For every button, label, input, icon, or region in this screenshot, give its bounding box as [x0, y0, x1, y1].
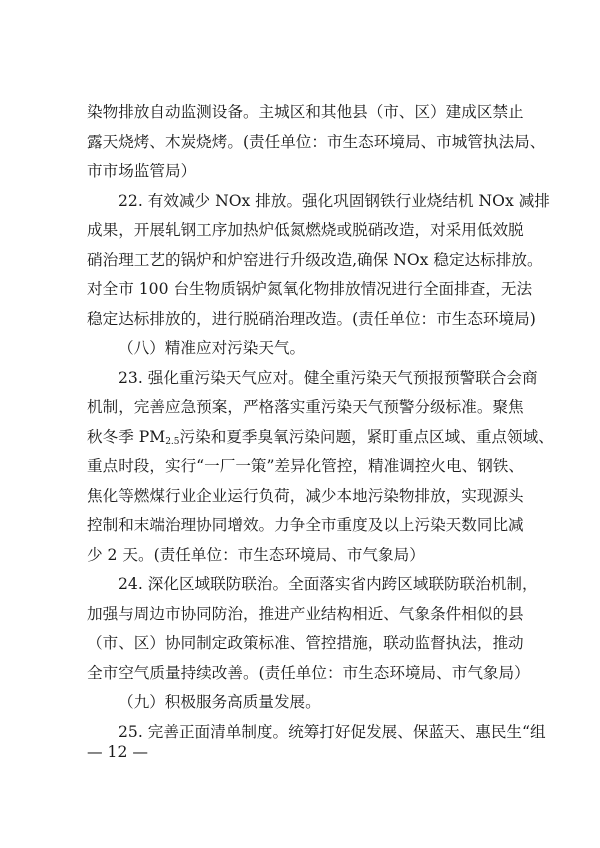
page-number: — 12 — — [87, 741, 148, 763]
text-line: 重点时段，实行“一厂一策”差异化管控，精准调控火电、钢铁、 — [87, 452, 515, 482]
text-line: 稳定达标排放的，进行脱硝治理改造。(责任单位：市生态环境局) — [87, 305, 515, 335]
text-line: 露天烧烤、木炭烧烤。(责任单位：市生态环境局、市城管执法局、 — [87, 128, 515, 158]
text-line: 加强与周边市协同防治，推进产业结构相近、气象条件相似的县 — [87, 600, 515, 630]
text-line: 焦化等燃煤行业企业运行负荷，减少本地污染物排放，实现源头 — [87, 482, 515, 512]
text-line: 对全市 100 台生物质锅炉氮氧化物排放情况进行全面排查，无法 — [87, 275, 515, 305]
text-segment: 污染和夏季臭氧污染问题，紧盯重点区域、重点领域、 — [180, 428, 554, 446]
section-8-heading: （八）精准应对污染天气。 — [87, 334, 515, 364]
item-23-heading-line: 23. 强化重污染天气应对。健全重污染天气预报预警联合会商 — [87, 364, 515, 394]
document-body: 染物排放自动监测设备。主城区和其他县（市、区）建成区禁止 露天烧烤、木炭烧烤。(… — [87, 98, 515, 747]
subscript: 2.5 — [165, 437, 179, 447]
item-25-heading-line: 25. 完善正面清单制度。统筹打好促发展、保蓝天、惠民生“组 — [87, 718, 515, 748]
item-22-heading-line: 22. 有效减少 NOx 排放。强化巩固钢铁行业烧结机 NOx 减排 — [87, 187, 515, 217]
text-line: （市、区）协同制定政策标准、管控措施，联动监督执法，推动 — [87, 629, 515, 659]
text-line: 染物排放自动监测设备。主城区和其他县（市、区）建成区禁止 — [87, 98, 515, 128]
document-page: 染物排放自动监测设备。主城区和其他县（市、区）建成区禁止 露天烧烤、木炭烧烤。(… — [0, 0, 600, 848]
text-line: 少 2 天。(责任单位：市生态环境局、市气象局） — [87, 541, 515, 571]
text-line: 硝治理工艺的锅炉和炉窑进行升级改造,确保 NOx 稳定达标排放。 — [87, 246, 515, 276]
text-line: 全市空气质量持续改善。(责任单位：市生态环境局、市气象局） — [87, 659, 515, 689]
text-line: 市市场监管局） — [87, 157, 515, 187]
text-line: 成果，开展轧钢工序加热炉低氮燃烧或脱硝改造，对采用低效脱 — [87, 216, 515, 246]
text-line-pm25: 秋冬季 PM2.5污染和夏季臭氧污染问题，紧盯重点区域、重点领域、 — [87, 423, 515, 453]
section-9-heading: （九）积极服务高质量发展。 — [87, 688, 515, 718]
text-line: 机制，完善应急预案，严格落实重污染天气预警分级标准。聚焦 — [87, 393, 515, 423]
text-line: 控制和末端治理协同增效。力争全市重度及以上污染天数同比减 — [87, 511, 515, 541]
text-segment: 秋冬季 PM — [87, 428, 165, 446]
item-24-heading-line: 24. 深化区域联防联治。全面落实省内跨区域联防联治机制， — [87, 570, 515, 600]
